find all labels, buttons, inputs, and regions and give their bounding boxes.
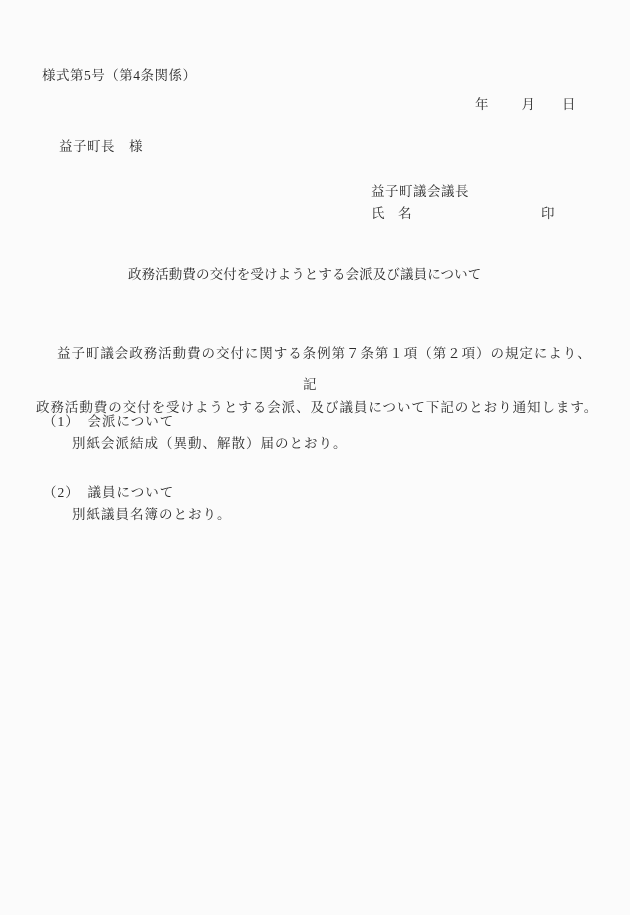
seal-label: 印 — [541, 206, 555, 222]
item-1-body: 別紙会派結成（異動、解散）届のとおり。 — [72, 436, 348, 452]
date-line: 年 月 日 — [475, 97, 576, 113]
document-title: 政務活動費の交付を受けようとする会派及び議員について — [128, 267, 481, 283]
record-marker: 記 — [303, 377, 317, 393]
body-line: 益子町議会政務活動費の交付に関する条例第７条第１項（第２項）の規定により、 — [36, 343, 604, 365]
document-page: 様式第5号（第4条関係） 年 月 日 益子町長 様 益子町議会議長 氏 名 印 … — [0, 0, 630, 915]
body-paragraph: 益子町議会政務活動費の交付に関する条例第７条第１項（第２項）の規定により、 政務… — [36, 311, 604, 451]
date-year-label: 年 — [475, 97, 489, 113]
item-2-body: 別紙議員名簿のとおり。 — [72, 507, 232, 523]
form-number: 様式第5号（第4条関係） — [42, 68, 197, 84]
sender-title: 益子町議会議長 — [371, 184, 469, 200]
sender-name-label: 氏 名 — [371, 206, 412, 222]
date-day-label: 日 — [562, 97, 576, 113]
item-2-heading: （2） 議員について — [43, 485, 174, 501]
item-1-heading: （1） 会派について — [43, 414, 174, 430]
addressee: 益子町長 様 — [59, 139, 143, 155]
date-month-label: 月 — [522, 97, 536, 113]
